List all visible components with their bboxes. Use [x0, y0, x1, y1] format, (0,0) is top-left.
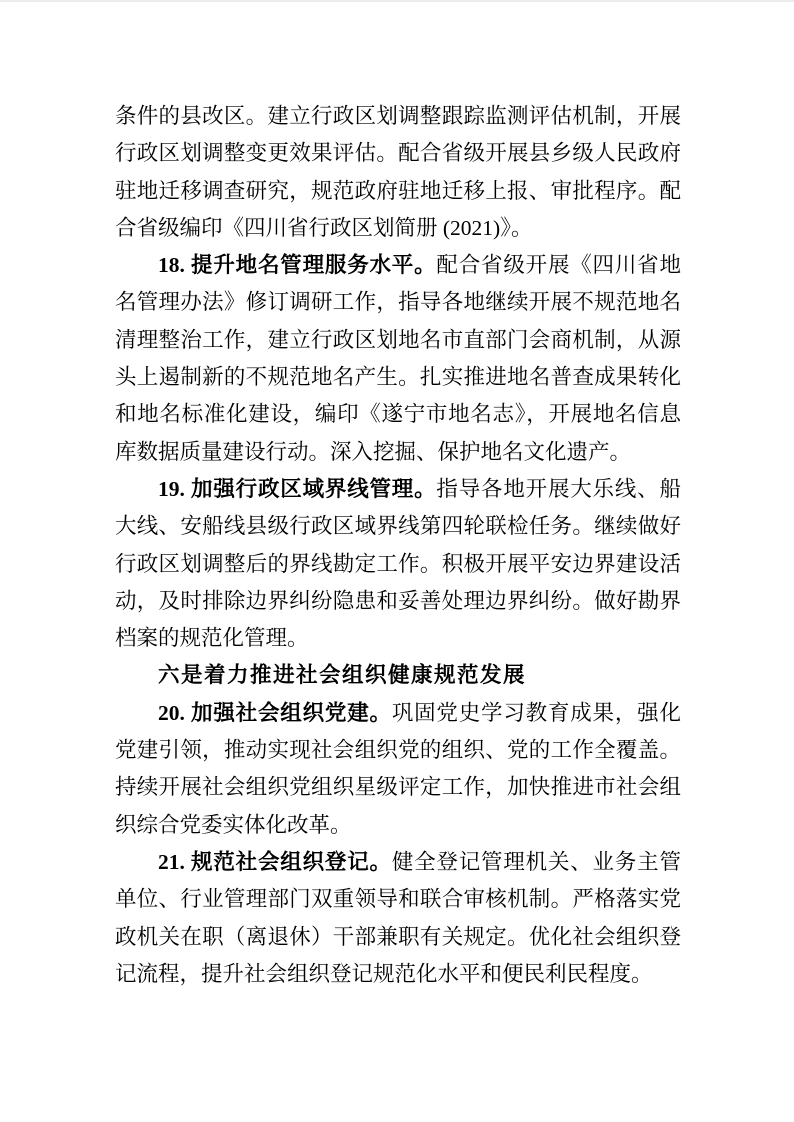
section-heading-six: 六是着力推进社会组织健康规范发展: [115, 657, 681, 694]
paragraph-item-20: 20. 加强社会组织党建。巩固党史学习教育成果，强化党建引领，推动实现社会组织党…: [115, 695, 681, 844]
paragraph-item-19: 19. 加强行政区域界线管理。指导各地开展大乐线、船大线、安船线县级行政区域界线…: [115, 471, 681, 657]
item-20-heading: 20. 加强社会组织党建。: [158, 701, 392, 725]
paragraph-item-21: 21. 规范社会组织登记。健全登记管理机关、业务主管单位、行业管理部门双重领导和…: [115, 844, 681, 993]
paragraph-item-18: 18. 提升地名管理服务水平。配合省级开展《四川省地名管理办法》修订调研工作，指…: [115, 247, 681, 471]
document-page: 条件的县改区。建立行政区划调整跟踪监测评估机制，开展行政区划调整变更效果评估。配…: [0, 0, 794, 1122]
item-21-heading: 21. 规范社会组织登记。: [158, 850, 392, 874]
paragraph-intro-continued: 条件的县改区。建立行政区划调整跟踪监测评估机制，开展行政区划调整变更效果评估。配…: [115, 98, 681, 247]
item-18-text: 配合省级开展《四川省地名管理办法》修订调研工作，指导各地继续开展不规范地名清理整…: [115, 253, 681, 463]
paragraph-intro-text: 条件的县改区。建立行政区划调整跟踪监测评估机制，开展行政区划调整变更效果评估。配…: [115, 104, 681, 240]
page-text-content: 条件的县改区。建立行政区划调整跟踪监测评估机制，开展行政区划调整变更效果评估。配…: [115, 98, 681, 993]
item-19-heading: 19. 加强行政区域界线管理。: [158, 477, 436, 501]
item-19-text: 指导各地开展大乐线、船大线、安船线县级行政区域界线第四轮联检任务。继续做好行政区…: [115, 477, 681, 650]
item-18-heading: 18. 提升地名管理服务水平。: [158, 253, 436, 277]
